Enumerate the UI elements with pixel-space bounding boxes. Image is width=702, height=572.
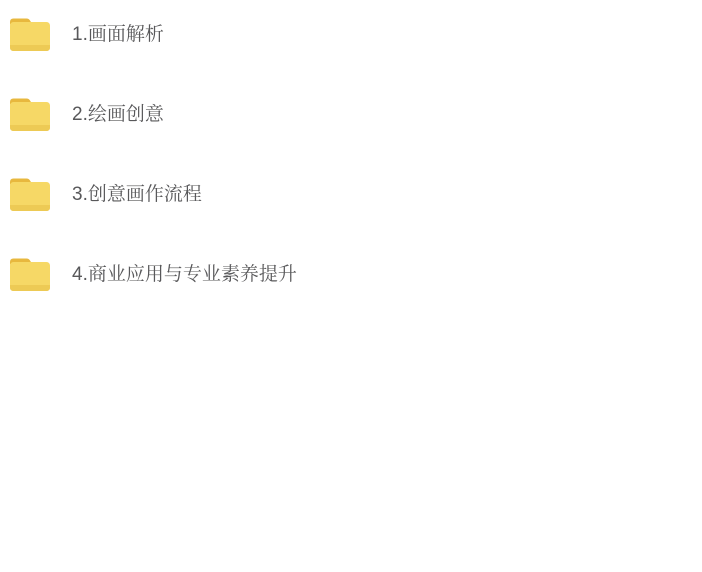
folder-name[interactable]: 1.画面解析 — [72, 25, 164, 44]
folder-icon[interactable] — [8, 15, 52, 53]
folder-icon[interactable] — [8, 95, 52, 133]
folder-row[interactable]: 4.商业应用与专业素养提升 — [0, 234, 702, 314]
folder-name[interactable]: 3.创意画作流程 — [72, 185, 202, 204]
folder-name[interactable]: 2.绘画创意 — [72, 105, 164, 124]
folder-row[interactable]: 1.画面解析 — [0, 0, 702, 74]
folder-row[interactable]: 3.创意画作流程 — [0, 154, 702, 234]
file-list: 1.画面解析 2.绘画创意 3.创意画作流程 — [0, 0, 702, 314]
folder-icon[interactable] — [8, 255, 52, 293]
folder-row[interactable]: 2.绘画创意 — [0, 74, 702, 154]
folder-name[interactable]: 4.商业应用与专业素养提升 — [72, 265, 297, 284]
folder-icon[interactable] — [8, 175, 52, 213]
